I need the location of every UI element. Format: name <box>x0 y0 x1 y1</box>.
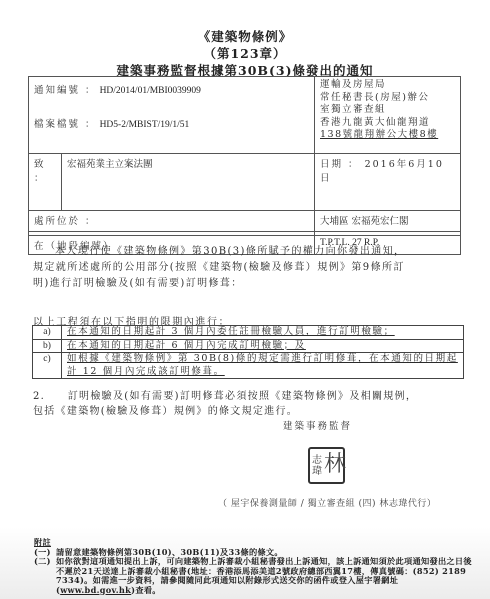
issuer-line: 室獨立審查組 <box>320 104 455 117</box>
notice-info-table: 通知編號 ： HD/2014/01/MBI0039909 檔案檔號 ： HD5-… <box>28 76 461 255</box>
para-line: 本人現行使《建築物條例》第30B(3)條所賦予的權力向你發出通知， <box>33 244 463 260</box>
document-title: 《建築物條例》 （第123章） 建築事務監督根據第30B(3)條發出的通知 <box>0 28 490 79</box>
file-ref-label: 檔案檔號 ： <box>34 119 97 130</box>
bd-website-link[interactable]: www.bd.gov.hk <box>60 585 131 595</box>
deadline-text: 在本通知的日期起計 6 個月內完成訂明檢驗；及 <box>62 339 464 353</box>
deadline-row: a) 在本通知的日期起計 3 個月內委任註冊檢驗人員，進行訂明檢驗； <box>33 326 464 340</box>
deadline-key: b) <box>33 339 62 353</box>
seal-char: 瑋 <box>310 466 324 477</box>
seal-char: 志 <box>310 455 324 466</box>
deadline-text: 在本通知的日期起計 3 個月內委任註冊檢驗人員，進行訂明檢驗； <box>62 326 464 340</box>
deadline-row: c) 如根據《建築物條例》第 30B(8)條的規定需進行訂明修葺，在本通知的日期… <box>33 353 464 379</box>
issuer-line: 常任秘書長(房屋)辦公 <box>320 92 455 105</box>
notice-no-label: 通知編號 ： <box>34 85 97 96</box>
date-label: 日期 ： <box>320 159 360 170</box>
deadline-key: c) <box>33 353 62 379</box>
official-seal-stamp: 志 瑋 林 <box>308 447 345 484</box>
notice-no-value: HD/2014/01/MBI0039909 <box>100 86 201 96</box>
para-line: 規定就所述處所的公用部分(按照《建築物(檢驗及修葺）規例》第9條所訂 <box>33 260 463 276</box>
footnote-item: (二) 如你欲對這項通知提出上訴，可向建築物上訴審裁小組秘書發出上訴通知，該上訴… <box>34 557 474 595</box>
seal-char: 林 <box>324 449 342 482</box>
footnotes: 附註 (一) 請留意建築物條例第30B(10)、30B(11)及33條的條文。 … <box>34 538 474 595</box>
notice-paragraph-1: 本人現行使《建築物條例》第30B(3)條所賦予的權力向你發出通知， 規定就所述處… <box>33 244 463 292</box>
to-label: 致 ： <box>29 154 62 211</box>
deadline-key: a) <box>33 326 62 340</box>
file-ref-value: HD5-2/MBIST/19/1/51 <box>100 120 190 130</box>
signed-on-behalf-note: （ 屋宇保養測量師 / 獨立審查組 (四) 林志瑋代行） <box>218 496 436 509</box>
signer-title: 建築事務監督 <box>283 418 352 432</box>
reference-cell: 通知編號 ： HD/2014/01/MBI0039909 檔案檔號 ： HD5-… <box>29 77 315 154</box>
deadline-table: a) 在本通知的日期起計 3 個月內委任註冊檢驗人員，進行訂明檢驗； b) 在本… <box>32 325 464 379</box>
notice-page: 《建築物條例》 （第123章） 建築事務監督根據第30B(3)條發出的通知 通知… <box>0 0 490 599</box>
issuer-line: 138號龍翔辦公大樓8樓 <box>320 129 455 142</box>
to-value: 宏福苑業主立案法團 <box>62 154 315 211</box>
premises-label: 處所位於 ： <box>29 211 315 232</box>
footnote-text: )查看。 <box>131 585 161 595</box>
issuer-line: 運輸及房屋局 <box>320 79 455 92</box>
deadline-text: 如根據《建築物條例》第 30B(8)條的規定需進行訂明修葺，在本通知的日期起計 … <box>62 353 464 379</box>
para-line: 明)進行訂明檢驗及(如有需要)訂明修葺： <box>33 276 463 292</box>
para-line: 2. 訂明檢驗及(如有需要)訂明修葺必須按照《建築物條例》及相關規例， <box>33 389 463 404</box>
premises-value: 大埔區 宏福苑宏仁閣 <box>315 211 461 232</box>
issuer-address: 運輸及房屋局 常任秘書長(房屋)辦公 室獨立審查組 香港九龍黃大仙龍翔道 138… <box>315 77 461 154</box>
title-ordinance: 《建築物條例》 <box>0 28 490 45</box>
issuer-line: 香港九龍黃大仙龍翔道 <box>320 117 455 130</box>
para-line: 包括《建築物(檢驗及修葺）規例》的條文規定進行。 <box>33 404 463 419</box>
date-cell: 日期 ： 2016年6月10日 <box>315 154 461 211</box>
title-chapter: （第123章） <box>0 45 490 62</box>
notice-paragraph-2: 2. 訂明檢驗及(如有需要)訂明修葺必須按照《建築物條例》及相關規例， 包括《建… <box>33 389 463 419</box>
footnote-number: (二) <box>34 557 56 595</box>
deadline-row: b) 在本通知的日期起計 6 個月內完成訂明檢驗；及 <box>33 339 464 353</box>
